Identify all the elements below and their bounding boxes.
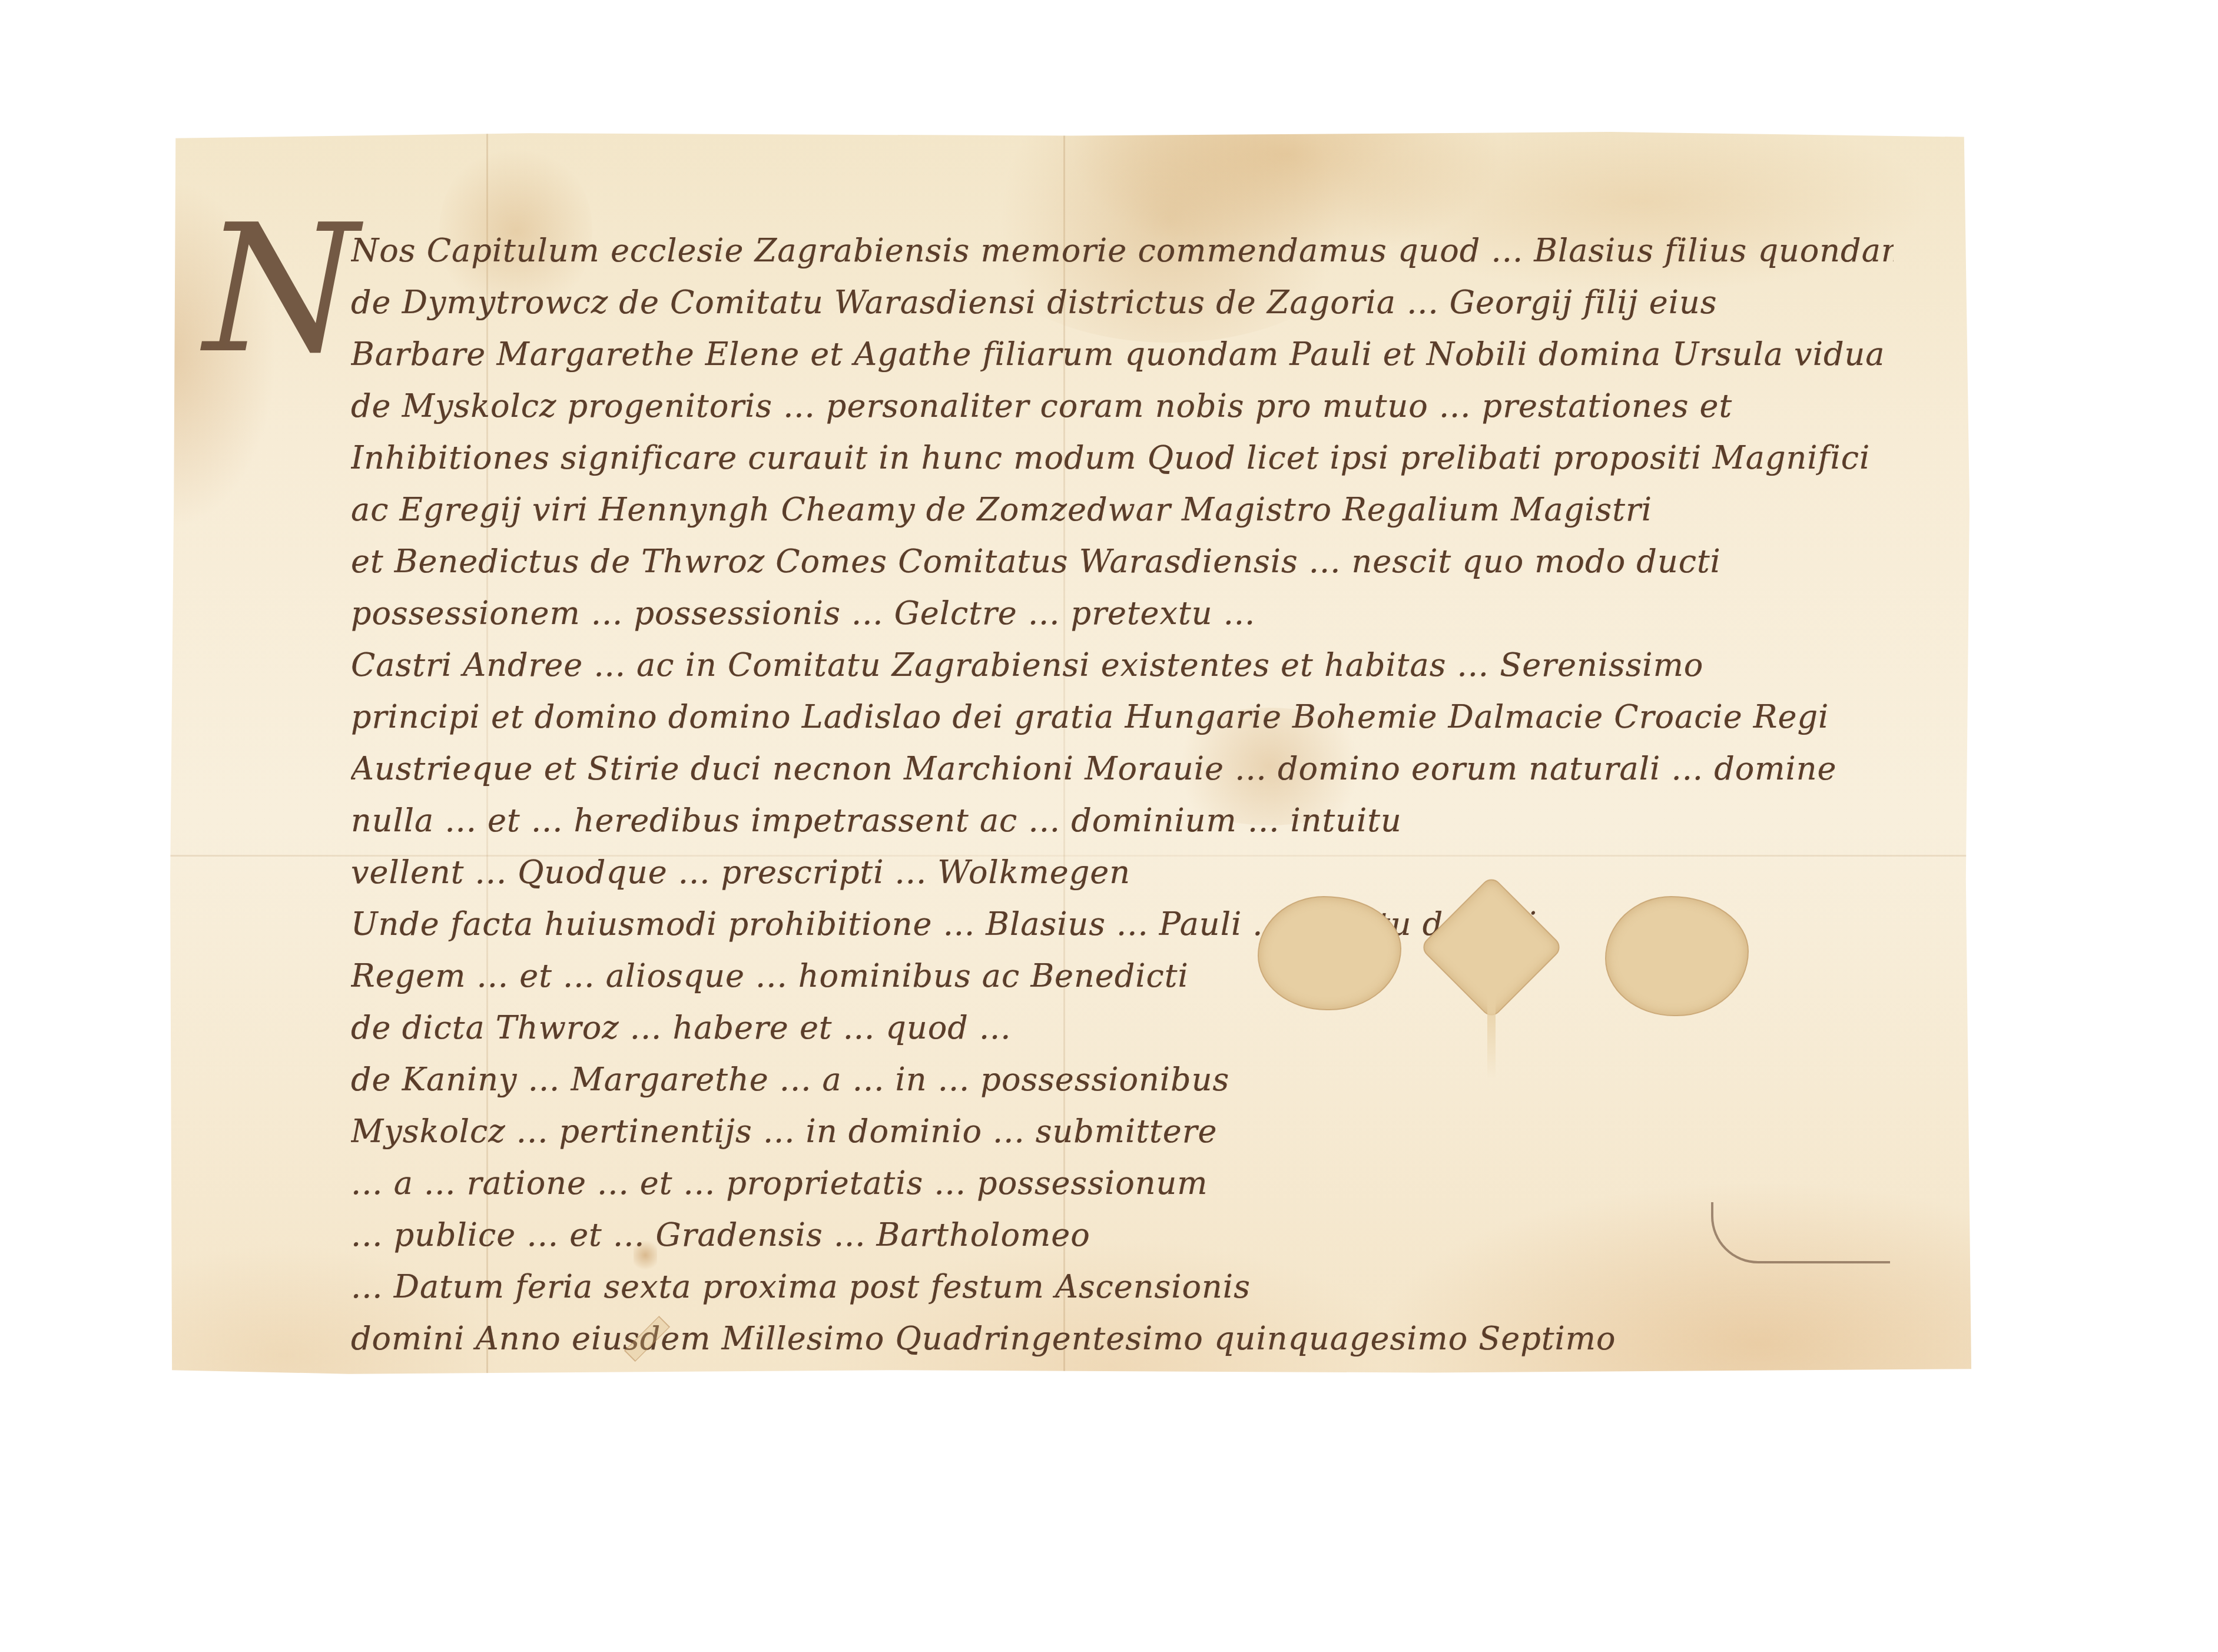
- text-line: possessionem ... possessionis ... Gelctr…: [351, 588, 1894, 639]
- closing-flourish: [1711, 1202, 1890, 1263]
- text-line: principi et domino domino Ladislao dei g…: [351, 691, 1894, 743]
- text-line: de Kaniny ... Margarethe ... a ... in ..…: [351, 1054, 1894, 1106]
- text-line: Barbare Margarethe Elene et Agathe filia…: [351, 329, 1894, 380]
- decorated-initial: N: [204, 201, 359, 378]
- text-line: domini Anno eiusdem Millesimo Quadringen…: [351, 1313, 1894, 1365]
- photo-stage: N Nos Capitulum ecclesie Zagrabiensis me…: [0, 0, 2218, 1652]
- seal-hole-tear: [1487, 996, 1496, 1079]
- text-line: nulla ... et ... heredibus impetrassent …: [351, 795, 1894, 847]
- charter-text: Nos Capitulum ecclesie Zagrabiensis memo…: [351, 225, 1894, 1365]
- text-line: ... Datum feria sexta proxima post festu…: [351, 1261, 1894, 1313]
- text-line: vellent ... Quodque ... prescripti ... W…: [351, 847, 1894, 898]
- text-line: de Dymytrowcz de Comitatu Warasdiensi di…: [351, 277, 1894, 329]
- text-line: ... a ... ratione ... et ... proprietati…: [351, 1157, 1894, 1209]
- text-line: et Benedictus de Thwroz Comes Comitatus …: [351, 536, 1894, 588]
- text-line: ac Egregij viri Hennyngh Cheamy de Zomze…: [351, 484, 1894, 536]
- text-line: Castri Andree ... ac in Comitatu Zagrabi…: [351, 639, 1894, 691]
- text-line: ... publice ... et ... Gradensis ... Bar…: [351, 1209, 1894, 1261]
- parchment-charter: N Nos Capitulum ecclesie Zagrabiensis me…: [168, 131, 1971, 1378]
- fold-wear-marks: [628, 1238, 663, 1367]
- text-line: Inhibitiones significare curauit in hunc…: [351, 432, 1894, 484]
- text-line: Myskolcz ... pertinentijs ... in dominio…: [351, 1106, 1894, 1157]
- wear-spot: [634, 1238, 657, 1273]
- text-line: de Myskolcz progenitoris ... personalite…: [351, 380, 1894, 432]
- text-line: Austrieque et Stirie duci necnon Marchio…: [351, 743, 1894, 795]
- text-line: Nos Capitulum ecclesie Zagrabiensis memo…: [351, 225, 1894, 277]
